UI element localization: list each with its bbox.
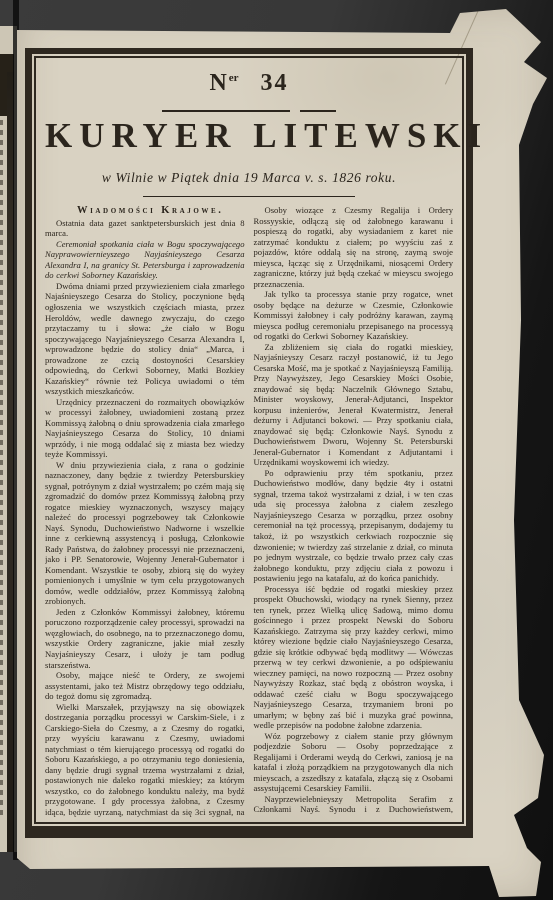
- masthead: Ner34 KURYER LITEWSKI w Wilnie w Piątek …: [45, 70, 453, 197]
- column-right: Osoby wiozące z Czesmy Regalija i Ordery…: [254, 205, 454, 817]
- masthead-rule-short: [300, 110, 336, 112]
- body-paragraph: Urzędnicy przeznaczeni do rozmaitych obo…: [45, 397, 245, 460]
- body-paragraph: Osoby wiozące z Czesmy Regalija i Ordery…: [254, 205, 454, 289]
- section-heading-wiadomosci-krajowe: Wiadomości Krajowe.: [45, 205, 245, 218]
- body-paragraph: W dniu przywiezienia ciała, z rana o god…: [45, 460, 245, 607]
- issue-superscript: er: [229, 72, 239, 84]
- column-left: Wiadomości Krajowe. Ostatnia data gazet …: [45, 205, 245, 817]
- masthead-rule-long: [162, 110, 290, 112]
- body-paragraph: Jeden z Członków Kommissyi żałobney, któ…: [45, 607, 245, 670]
- body-paragraph: Po odprawieniu przy tém spotkaniu, przez…: [254, 468, 454, 584]
- body-paragraph: Za zbliżeniem się ciała do rogatki miesk…: [254, 342, 454, 468]
- body-paragraph: Wielki Marszałek, przyjąwszy na się obow…: [45, 702, 245, 817]
- article-columns: Wiadomości Krajowe. Ostatnia data gazet …: [45, 205, 453, 817]
- newspaper-page: Ner34 KURYER LITEWSKI w Wilnie w Piątek …: [17, 6, 547, 899]
- body-paragraph: Ostatnia data gazet sanktpetersburskich …: [45, 218, 245, 239]
- masthead-rules: [45, 102, 453, 106]
- issue-value: 34: [261, 70, 289, 96]
- body-paragraph: Nayprzewielebnieyszy Metropolita Serafim…: [254, 794, 454, 817]
- scanned-newspaper-view: Ner34 KURYER LITEWSKI w Wilnie w Piątek …: [0, 0, 553, 900]
- printed-page-frame-inner: Ner34 KURYER LITEWSKI w Wilnie w Piątek …: [34, 56, 464, 824]
- issue-prefix: N: [209, 70, 228, 96]
- issue-number: Ner34: [45, 70, 453, 97]
- dateline: w Wilnie w Piątek dnia 19 Marca v. s. 18…: [45, 170, 453, 186]
- dateline-rule: [143, 196, 355, 197]
- adjacent-page-text-fragments: [0, 60, 3, 820]
- body-paragraph: Wóz pogrzebowy z ciałem stanie przy głów…: [254, 731, 454, 794]
- body-paragraph: Jak tylko ta processya stanie przy rogat…: [254, 289, 454, 342]
- body-paragraph: Osoby, mające nieść te Ordery, ze swojem…: [45, 670, 245, 702]
- newspaper-title: KURYER LITEWSKI: [45, 116, 453, 156]
- body-paragraph: Processya iść będzie od rogatki mieskiey…: [254, 584, 454, 731]
- printed-page-frame: Ner34 KURYER LITEWSKI w Wilnie w Piątek …: [25, 48, 473, 838]
- body-paragraph: Dwóma dniami przed przywiezieniem ciała …: [45, 281, 245, 397]
- body-paragraph-ceremonial: Ceremoniał spotkania ciała w Bogu spoczy…: [45, 239, 245, 281]
